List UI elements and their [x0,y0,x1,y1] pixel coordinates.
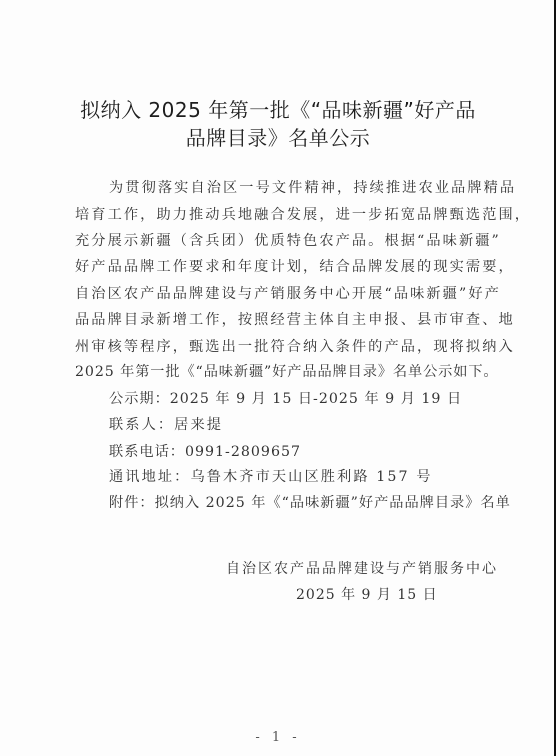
body-paragraph-line: 2025 年第一批《“品味新疆”好产品品牌目录》名单公示如下。 [75,361,495,381]
publicity-period: 公示期：2025 年 9 月 15 日-2025 年 9 月 19 日 [109,388,529,408]
attachment-note: 附件：拟纳入 2025 年《“品味新疆”好产品品牌目录》名单 [109,492,529,512]
body-paragraph-line: 为贯彻落实自治区一号文件精神，持续推进农业品牌精品 [109,177,529,197]
signature-date: 2025 年 9 月 15 日 [296,584,438,604]
document-title-line-1: 拟纳入 2025 年第一批《“品味新疆”好产品 [0,94,556,123]
mailing-address: 通讯地址：乌鲁木齐市天山区胜利路 157 号 [109,466,529,486]
contact-phone: 联系电话：0991-2809657 [109,441,529,461]
body-paragraph-line: 自治区农产品品牌建设与产销服务中心开展“品味新疆”好产 [75,283,495,303]
contact-person: 联系人：居来提 [109,414,529,434]
body-paragraph-line: 品品牌目录新增工作，按照经营主体自主申报、县市审查、地 [75,309,495,329]
body-paragraph-line: 培育工作，助力推动兵地融合发展，进一步拓宽品牌甄选范围， [75,204,495,224]
body-paragraph-line: 州审核等程序，甄选出一批符合纳入条件的产品，现将拟纳入 [75,336,495,356]
page-number: - 1 - [0,730,556,745]
body-paragraph-line: 好产品品牌工作要求和年度计划，结合品牌发展的现实需要， [75,256,495,276]
signature-organization: 自治区农产品品牌建设与产销服务中心 [226,558,498,578]
document-title-line-2: 品牌目录》名单公示 [0,122,556,151]
body-paragraph-line: 充分展示新疆（含兵团）优质特色农产品。根据“品味新疆” [75,230,495,250]
